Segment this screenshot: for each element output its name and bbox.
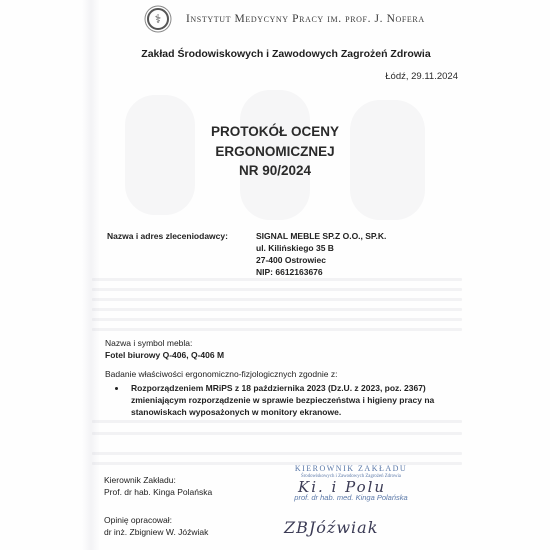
handwritten-signature-head: Ki. i Polu [298, 478, 386, 496]
head-name: Prof. dr hab. Kinga Polańska [104, 486, 212, 498]
bleed-through-line [92, 288, 462, 291]
head-signature-block: Kierownik Zakładu: Prof. dr hab. Kinga P… [104, 474, 212, 498]
client-details: SIGNAL MEBLE SP.Z O.O., SP.K. ul. Kilińs… [256, 230, 386, 278]
letterhead: ⚕ Instytut Medycyny Pracy im. prof. J. N… [147, 6, 425, 32]
bleed-through-line [92, 318, 462, 321]
client-street: ul. Kilińskiego 35 B [256, 242, 386, 254]
document-title: PROTOKÓŁ OCENY ERGONOMICZNEJ NR 90/2024 [0, 122, 550, 181]
furniture-section: Nazwa i symbol mebla: Fotel biurowy Q-40… [105, 337, 224, 361]
department-name: Zakład Środowiskowych i Zawodowych Zagro… [0, 48, 550, 60]
client-city: 27-400 Ostrowiec [256, 254, 386, 266]
title-line-1: PROTOKÓŁ OCENY [0, 122, 550, 142]
client-name: SIGNAL MEBLE SP.Z O.O., SP.K. [256, 230, 386, 242]
head-label: Kierownik Zakładu: [104, 474, 212, 486]
study-list-item: Rozporządzeniem MRiPS z 18 października … [127, 382, 465, 418]
study-list: Rozporządzeniem MRiPS z 18 października … [105, 382, 465, 418]
scan-edge [82, 0, 100, 550]
client-nip: NIP: 6612163676 [256, 266, 386, 278]
bleed-through-line [92, 328, 462, 331]
bleed-through-line [92, 452, 462, 455]
furniture-label: Nazwa i symbol mebla: [105, 337, 224, 349]
bleed-through-line [92, 298, 462, 301]
study-section: Badanie właściwości ergonomiczno-fizjolo… [105, 368, 465, 418]
title-line-2: ERGONOMICZNEJ [0, 142, 550, 162]
stamp-title: KIEROWNIK ZAKŁADU [286, 464, 416, 473]
author-signature-block: Opinię opracował: dr inż. Zbigniew W. Jó… [104, 514, 208, 538]
handwritten-signature-author: ZBJóźwiak [284, 518, 378, 537]
document-page: ⚕ Instytut Medycyny Pracy im. prof. J. N… [0, 0, 550, 550]
bleed-through-line [92, 432, 462, 435]
author-name: dr inż. Zbigniew W. Jóźwiak [104, 526, 208, 538]
bleed-through-line [92, 420, 462, 423]
institute-name: Instytut Medycyny Pracy im. prof. J. Nof… [186, 13, 425, 25]
client-label: Nazwa i adres zleceniodawcy: [107, 230, 228, 242]
caduceus-icon: ⚕ [147, 8, 169, 30]
study-intro: Badanie właściwości ergonomiczno-fizjolo… [105, 368, 465, 380]
place-date: Łódź, 29.11.2024 [385, 71, 458, 82]
bleed-through-line [92, 308, 462, 311]
furniture-value: Fotel biurowy Q-406, Q-406 M [105, 349, 224, 361]
bleed-through-line [92, 278, 462, 281]
author-label: Opinię opracował: [104, 514, 208, 526]
title-line-3: NR 90/2024 [0, 161, 550, 181]
